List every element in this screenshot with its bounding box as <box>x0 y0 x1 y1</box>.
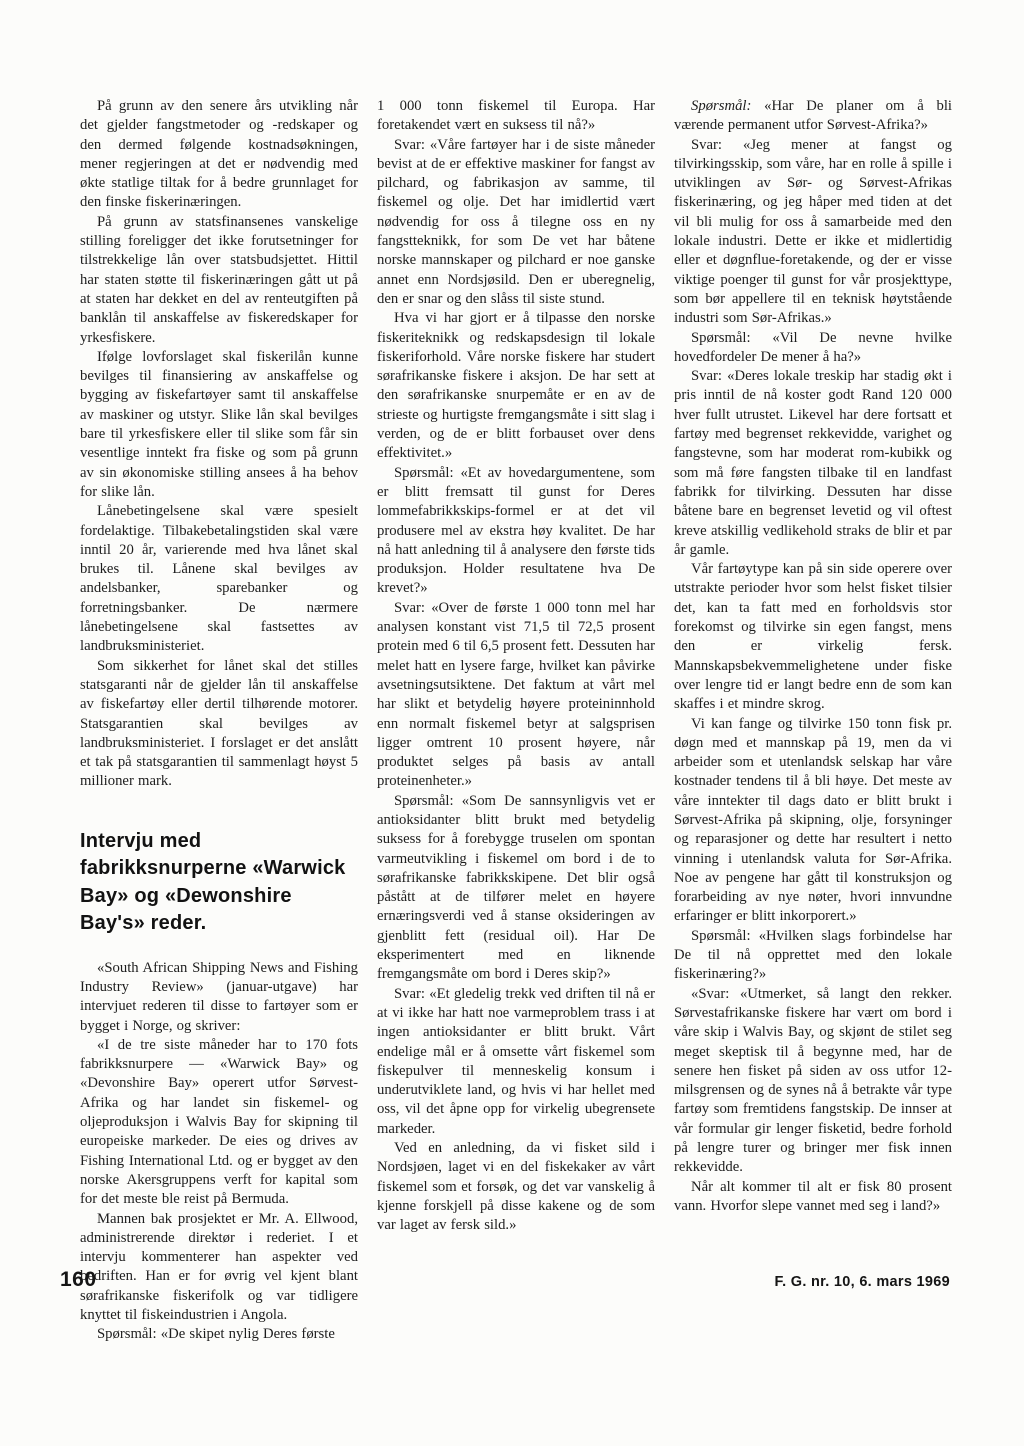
paragraph: Vi kan fange og tilvirke 150 tonn fisk p… <box>674 715 952 927</box>
paragraph: Svar: «Over de første 1 000 tonn mel har… <box>377 599 655 792</box>
paragraph: Spørsmål: «Har De planer om å bli værend… <box>674 97 952 136</box>
paragraph: Ifølge lovforslaget skal fiskerilån kunn… <box>80 348 358 502</box>
paragraph: «South African Shipping News and Fishing… <box>80 959 358 1036</box>
paragraph: «Svar: «Utmerket, så langt den rekker. S… <box>674 985 952 1178</box>
paragraph: Spørsmål: «Et av hovedargumentene, som e… <box>377 464 655 599</box>
paragraph: Spørsmål: «De skipet nylig Deres første <box>80 1325 358 1344</box>
paragraph: Når alt kommer til alt er fisk 80 prosen… <box>674 1178 952 1217</box>
paragraph: Spørsmål: «Hvilken slags forbindelse har… <box>674 927 952 985</box>
paragraph: På grunn av statsfinansenes vanskelige s… <box>80 213 358 348</box>
paragraph: Vår fartøytype kan på sin side operere o… <box>674 560 952 714</box>
paragraph: 1 000 tonn fiskemel til Europa. Har fore… <box>377 97 655 136</box>
paragraph: Ved en anledning, da vi fisket sild i No… <box>377 1139 655 1235</box>
magazine-page: På grunn av den senere års utvikling når… <box>0 0 1024 1446</box>
journal-issue-reference: F. G. nr. 10, 6. mars 1969 <box>775 1274 950 1290</box>
column-1: På grunn av den senere års utvikling når… <box>80 97 358 1345</box>
paragraph: Svar: «Våre fartøyer har i de siste måne… <box>377 136 655 310</box>
paragraph: Lånebetingelsene skal være spesielt ford… <box>80 502 358 656</box>
question-label: Spørsmål: <box>691 98 751 114</box>
column-2: 1 000 tonn fiskemel til Europa. Har fore… <box>377 97 655 1345</box>
paragraph: Spørsmål: «Vil De nevne hvilke hovedford… <box>674 329 952 368</box>
paragraph: «I de tre siste måneder har to 170 fots … <box>80 1036 358 1210</box>
page-number: 160 <box>60 1268 97 1292</box>
paragraph: Svar: «Jeg mener at fangst og tilvirking… <box>674 136 952 329</box>
page-footer: 160 F. G. nr. 10, 6. mars 1969 <box>60 1268 950 1292</box>
article-heading: Intervju med fabrikksnurperne «Warwick B… <box>80 828 358 938</box>
paragraph: Spørsmål: «Som De sannsynligvis vet er a… <box>377 792 655 985</box>
paragraph: Hva vi har gjort er å tilpasse den norsk… <box>377 309 655 463</box>
page-content: På grunn av den senere års utvikling når… <box>80 97 952 1345</box>
paragraph: Som sikkerhet for lånet skal det stilles… <box>80 657 358 792</box>
paragraph: Svar: «Et gledelig trekk ved driften til… <box>377 985 655 1139</box>
column-3: Spørsmål: «Har De planer om å bli værend… <box>674 97 952 1345</box>
paragraph: På grunn av den senere års utvikling når… <box>80 97 358 213</box>
paragraph: Svar: «Deres lokale treskip har stadig ø… <box>674 367 952 560</box>
